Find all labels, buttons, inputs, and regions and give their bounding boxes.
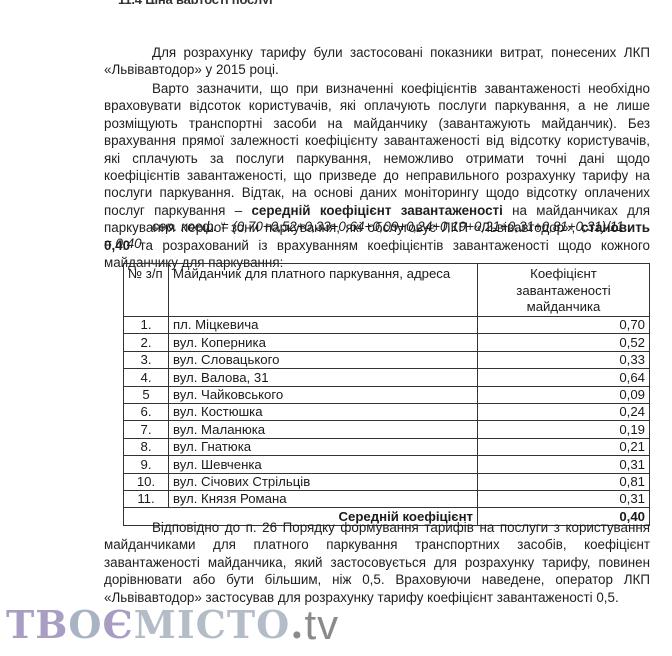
row-number: 9. [124,456,169,473]
table-row: 9.вул. Шевченка0,31 [124,456,650,473]
row-number: 5 [124,386,169,403]
table-row: 7.вул. Маланюка0,19 [124,421,650,438]
paragraph-text: Відповідно до п. 26 Порядку формування т… [104,520,650,605]
logo-dot: . [290,605,304,645]
row-number: 4. [124,369,169,386]
bold-average-coefficient: середній коефіцієнт завантаженості [251,203,502,218]
row-address: пл. Міцкевича [169,317,478,334]
row-coefficient: 0,52 [478,334,650,351]
header-number: № з/п [124,264,169,317]
table-row: 1.пл. Міцкевича0,70 [124,317,650,334]
row-address: вул. Словацького [169,351,478,368]
formula-line-2: = 0,40 [104,236,142,251]
row-address: вул. Січових Стрільців [169,473,478,490]
table-row: 3.вул. Словацького0,33 [124,351,650,368]
formula: сер. коеф. = (0,70+0,52+0,33+0,64+0,09+0… [104,218,654,253]
row-number: 7. [124,421,169,438]
row-number: 3. [124,351,169,368]
row-coefficient: 0,70 [478,317,650,334]
row-address: вул. Костюшка [169,403,478,420]
row-number: 8. [124,438,169,455]
header-address: Майданчик для платного паркування, адрес… [169,264,478,317]
table-header-row: № з/п Майданчик для платного паркування,… [124,264,650,317]
row-number: 10. [124,473,169,490]
row-address: вул. Чайковського [169,386,478,403]
table-row: 10.вул. Січових Стрільців0,81 [124,473,650,490]
logo-part: Є [103,605,134,645]
paragraph-cost-basis: Для розрахунку тарифу були застосовані п… [104,44,650,79]
table-row: 8.вул. Гнатюка0,21 [124,438,650,455]
row-number: 6. [124,403,169,420]
paragraph-regulation: Відповідно до п. 26 Порядку формування т… [104,519,650,606]
formula-line-1: сер. коеф. = (0,70+0,52+0,33+0,64+0,09+0… [104,218,654,235]
paragraph-text: Для розрахунку тарифу були застосовані п… [104,45,650,77]
row-address: вул. Валова, 31 [169,369,478,386]
row-coefficient: 0,19 [478,421,650,438]
row-coefficient: 0,81 [478,473,650,490]
logo-part: МІСТО [134,605,290,645]
table-row: 6.вул. Костюшка0,24 [124,403,650,420]
row-coefficient: 0,09 [478,386,650,403]
row-number: 2. [124,334,169,351]
document-page: 11.4 Ціна вартості послуг Для розрахунку… [0,0,672,656]
row-address: вул. Коперника [169,334,478,351]
row-coefficient: 0,33 [478,351,650,368]
row-number: 11. [124,490,169,507]
cut-off-heading: 11.4 Ціна вартості послуг [118,0,328,4]
row-address: вул. Гнатюка [169,438,478,455]
paragraph-text: Варто зазначити, що при визначенні коефі… [104,81,650,218]
table-row: 5вул. Чайковського0,09 [124,386,650,403]
header-coefficient: Коефіцієнт завантаженості майданчика [478,264,650,317]
row-number: 1. [124,317,169,334]
tvoemisto-watermark-logo: ТВ О Є МІСТО . tv [6,603,339,645]
table-row: 11.вул. Князя Романа0,31 [124,490,650,507]
load-factor-table: № з/п Майданчик для платного паркування,… [123,263,650,526]
eye-icon: О [68,605,102,645]
row-coefficient: 0,24 [478,403,650,420]
row-address: вул. Шевченка [169,456,478,473]
row-coefficient: 0,31 [478,456,650,473]
row-coefficient: 0,31 [478,490,650,507]
logo-tv: tv [304,605,339,645]
row-address: вул. Князя Романа [169,490,478,507]
row-address: вул. Маланюка [169,421,478,438]
row-coefficient: 0,64 [478,369,650,386]
logo-part: ТВ [6,605,68,645]
table-row: 4.вул. Валова, 310,64 [124,369,650,386]
row-coefficient: 0,21 [478,438,650,455]
table-row: 2.вул. Коперника0,52 [124,334,650,351]
